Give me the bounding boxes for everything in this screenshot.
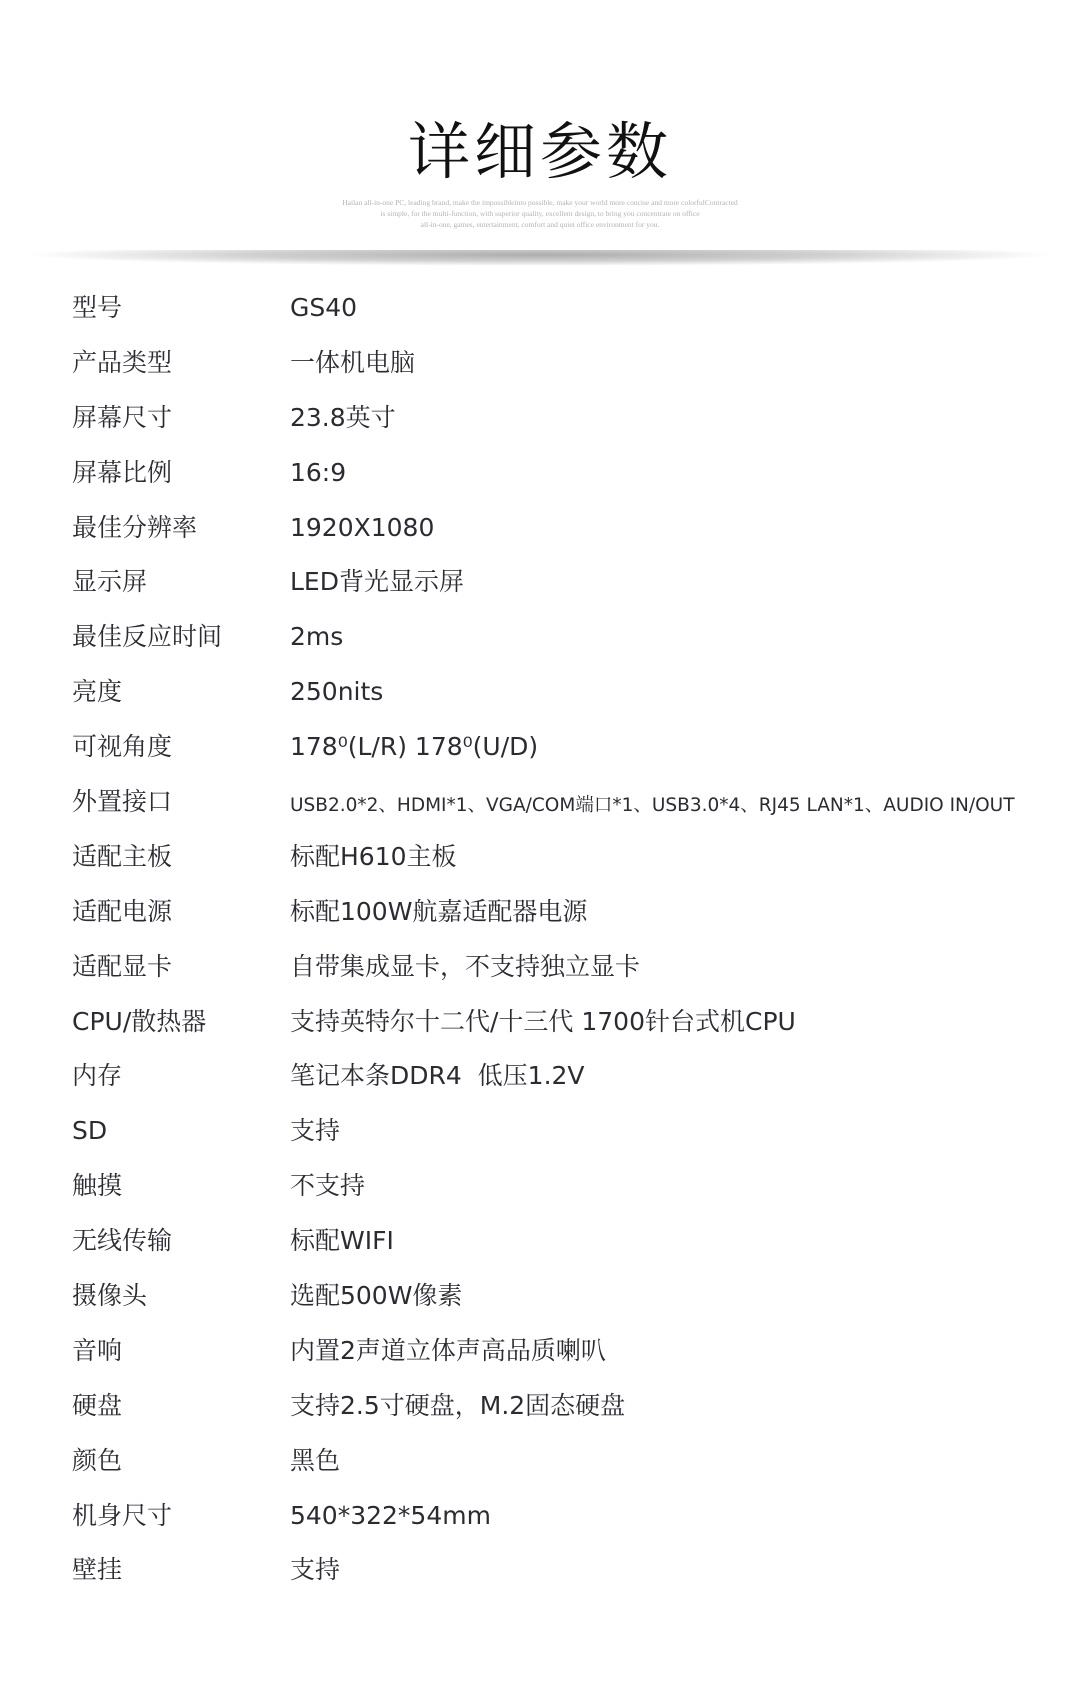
spec-row: 机身尺寸540*322*54mm [0, 1489, 1080, 1544]
spec-value: 选配500W像素 [290, 1281, 462, 1311]
spec-label: CPU/散热器 [72, 1007, 206, 1037]
spec-label: 硬盘 [72, 1391, 122, 1421]
spec-row: 可视角度178⁰(L/R) 178⁰(U/D) [0, 720, 1080, 775]
spec-row: 最佳反应时间2ms [0, 610, 1080, 665]
spec-value: 标配100W航嘉适配器电源 [290, 897, 587, 927]
spec-value: 16:9 [290, 458, 346, 488]
subtitle: Hailan all-in-one PC, leading brand, mak… [300, 197, 780, 230]
spec-row: 适配显卡自带集成显卡，不支持独立显卡 [0, 940, 1080, 995]
spec-label: 适配主板 [72, 842, 172, 872]
spec-value: USB2.0*2、HDMI*1、VGA/COM端口*1、USB3.0*4、RJ4… [290, 791, 1015, 821]
spec-value: GS40 [290, 293, 357, 323]
spec-value: 不支持 [290, 1171, 365, 1201]
spec-row: 壁挂支持 [0, 1543, 1080, 1598]
spec-row: 显示屏LED背光显示屏 [0, 555, 1080, 610]
spec-value: 笔记本条DDR4 低压1.2V [290, 1061, 585, 1091]
spec-row: 亮度250nits [0, 665, 1080, 720]
spec-label: 产品类型 [72, 348, 172, 378]
spec-row: SD支持 [0, 1104, 1080, 1159]
spec-value: 标配H610主板 [290, 842, 457, 872]
spec-value: LED背光显示屏 [290, 567, 464, 597]
spec-row: 摄像头选配500W像素 [0, 1269, 1080, 1324]
spec-row: 屏幕尺寸23.8英寸 [0, 391, 1080, 446]
spec-value: 250nits [290, 677, 383, 707]
spec-row: 适配主板标配H610主板 [0, 830, 1080, 885]
spec-label: 型号 [72, 293, 122, 323]
spec-label: 机身尺寸 [72, 1501, 172, 1531]
subtitle-line: all-in-one, games, entertainment, comfor… [300, 219, 780, 230]
spec-label: 壁挂 [72, 1555, 122, 1585]
spec-label: 屏幕尺寸 [72, 403, 172, 433]
spec-row: 屏幕比例16:9 [0, 446, 1080, 501]
spec-row: 外置接口USB2.0*2、HDMI*1、VGA/COM端口*1、USB3.0*4… [0, 775, 1080, 830]
spec-table: 型号GS40 产品类型一体机电脑 屏幕尺寸23.8英寸 屏幕比例16:9 最佳分… [0, 281, 1080, 1598]
spec-value: 23.8英寸 [290, 403, 396, 433]
spec-label: 音响 [72, 1336, 122, 1366]
spec-value: 标配WIFI [290, 1226, 394, 1256]
spec-value: 支持 [290, 1116, 340, 1146]
spec-row: 无线传输标配WIFI [0, 1214, 1080, 1269]
spec-label: 触摸 [72, 1171, 122, 1201]
spec-label: 显示屏 [72, 567, 147, 597]
spec-row: 音响内置2声道立体声高品质喇叭 [0, 1324, 1080, 1379]
spec-value: 自带集成显卡，不支持独立显卡 [290, 952, 640, 982]
spec-label: 最佳分辨率 [72, 513, 197, 543]
spec-value: 内置2声道立体声高品质喇叭 [290, 1336, 606, 1366]
subtitle-line: is simple, for the multi-function, with … [300, 208, 780, 219]
spec-label: 外置接口 [72, 787, 172, 817]
spec-value: 2ms [290, 622, 343, 652]
spec-row: 产品类型一体机电脑 [0, 336, 1080, 391]
spec-value: 支持 [290, 1555, 340, 1585]
spec-row: 触摸不支持 [0, 1159, 1080, 1214]
spec-label: 亮度 [72, 677, 122, 707]
spec-label: 内存 [72, 1061, 122, 1091]
spec-row: 最佳分辨率1920X1080 [0, 501, 1080, 556]
spec-label: 适配电源 [72, 897, 172, 927]
spec-value: 支持2.5寸硬盘，M.2固态硬盘 [290, 1391, 625, 1421]
spec-value: 黑色 [290, 1446, 340, 1476]
spec-label: 摄像头 [72, 1281, 147, 1311]
spec-label: 最佳反应时间 [72, 622, 222, 652]
spec-value: 支持英特尔十二代/十三代 1700针台式机CPU [290, 1007, 796, 1037]
spec-label: SD [72, 1116, 107, 1146]
spec-label: 颜色 [72, 1446, 122, 1476]
spec-label: 无线传输 [72, 1226, 172, 1256]
spec-row: 型号GS40 [0, 281, 1080, 336]
spec-row: 硬盘支持2.5寸硬盘，M.2固态硬盘 [0, 1379, 1080, 1434]
spec-label: 可视角度 [72, 732, 172, 762]
spec-row: 颜色黑色 [0, 1434, 1080, 1489]
divider-shadow [20, 250, 1060, 266]
spec-row: 适配电源标配100W航嘉适配器电源 [0, 885, 1080, 940]
spec-label: 适配显卡 [72, 952, 172, 982]
subtitle-line: Hailan all-in-one PC, leading brand, mak… [300, 197, 780, 208]
spec-row: CPU/散热器支持英特尔十二代/十三代 1700针台式机CPU [0, 995, 1080, 1050]
spec-value: 540*322*54mm [290, 1501, 491, 1531]
spec-value: 一体机电脑 [290, 348, 415, 378]
spec-label: 屏幕比例 [72, 458, 172, 488]
spec-value: 1920X1080 [290, 513, 434, 543]
spec-row: 内存笔记本条DDR4 低压1.2V [0, 1049, 1080, 1104]
page-title: 详细参数 [0, 112, 1080, 192]
spec-value: 178⁰(L/R) 178⁰(U/D) [290, 732, 538, 762]
